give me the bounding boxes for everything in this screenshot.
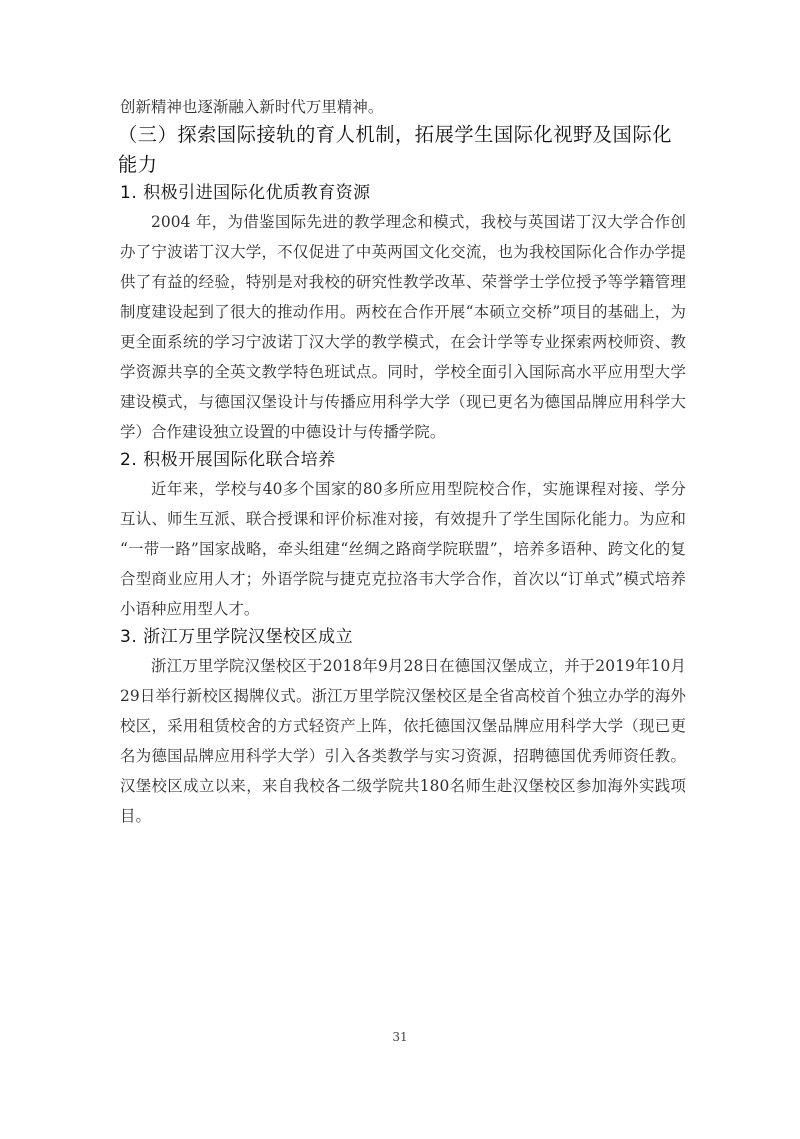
subsection-heading-2: 2. 积极开展国际化联合培养 bbox=[120, 447, 686, 474]
section-heading: （三）探索国际接轨的育人机制，拓展学生国际化视野及国际化能力 bbox=[118, 120, 686, 180]
subsection-heading-3: 3. 浙江万里学院汉堡校区成立 bbox=[120, 624, 686, 651]
subsection-heading-1: 1. 积极引进国际化优质教育资源 bbox=[120, 180, 686, 207]
document-page: 创新精神也逐渐融入新时代万里精神。 （三）探索国际接轨的育人机制，拓展学生国际化… bbox=[0, 0, 800, 1139]
page-number: 31 bbox=[0, 1030, 800, 1044]
subsection-paragraph-3: 浙江万里学院汉堡校区于2018年9月28日在德国汉堡成立，并于2019年10月2… bbox=[120, 651, 686, 831]
subsection-paragraph-2: 近年来，学校与40多个国家的80多所应用型院校合作，实施课程对接、学分互认、师生… bbox=[120, 474, 686, 624]
subsection-paragraph-1: 2004 年，为借鉴国际先进的教学理念和模式，我校与英国诺丁汉大学合作创办了宁波… bbox=[120, 207, 686, 447]
page-content: 创新精神也逐渐融入新时代万里精神。 （三）探索国际接轨的育人机制，拓展学生国际化… bbox=[120, 96, 686, 831]
continuation-line: 创新精神也逐渐融入新时代万里精神。 bbox=[120, 96, 686, 118]
